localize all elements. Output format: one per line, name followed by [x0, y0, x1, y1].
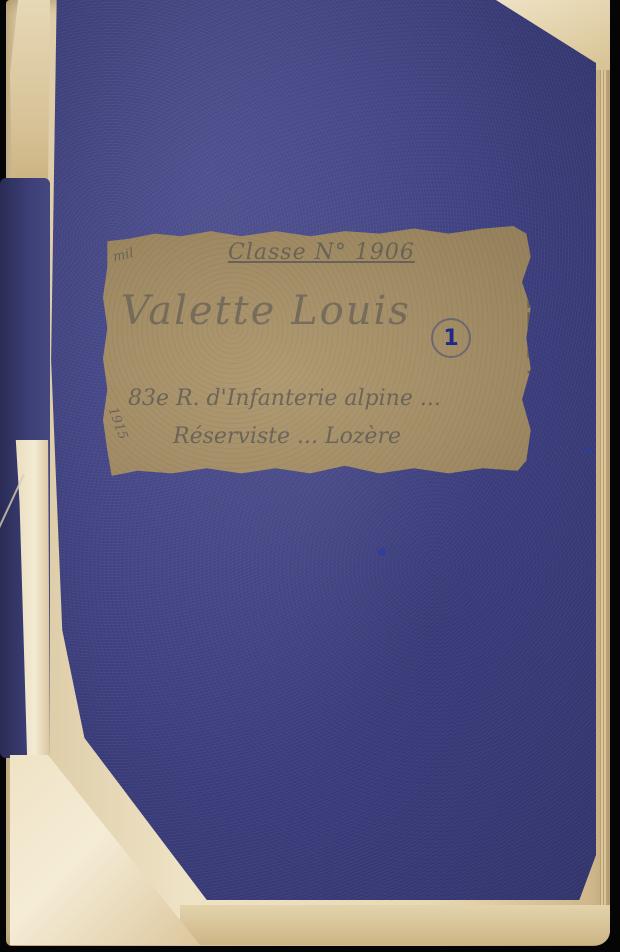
label-regiment-line: 83e R. d'Infanterie alpine ... — [128, 386, 441, 411]
paper-label: mil Classe N° 1906 Valette Louis 1 VALET… — [103, 226, 535, 481]
bottom-page-edge — [180, 905, 610, 945]
label-side-year: 1915 — [105, 405, 130, 441]
photo-background: mil Classe N° 1906 Valette Louis 1 VALET… — [0, 0, 620, 952]
circled-number-text: 1 — [443, 326, 458, 351]
label-location-line: Réserviste ... Lozère — [173, 424, 401, 449]
spine-torn-top — [10, 0, 50, 185]
ink-spot — [585, 447, 591, 453]
label-classe-line: Classe N° 1906 — [228, 240, 415, 265]
circled-number: 1 — [431, 318, 471, 358]
ink-spot — [378, 548, 386, 556]
label-top-left-scrawl: mil — [112, 246, 135, 265]
label-name: Valette Louis — [121, 288, 411, 334]
